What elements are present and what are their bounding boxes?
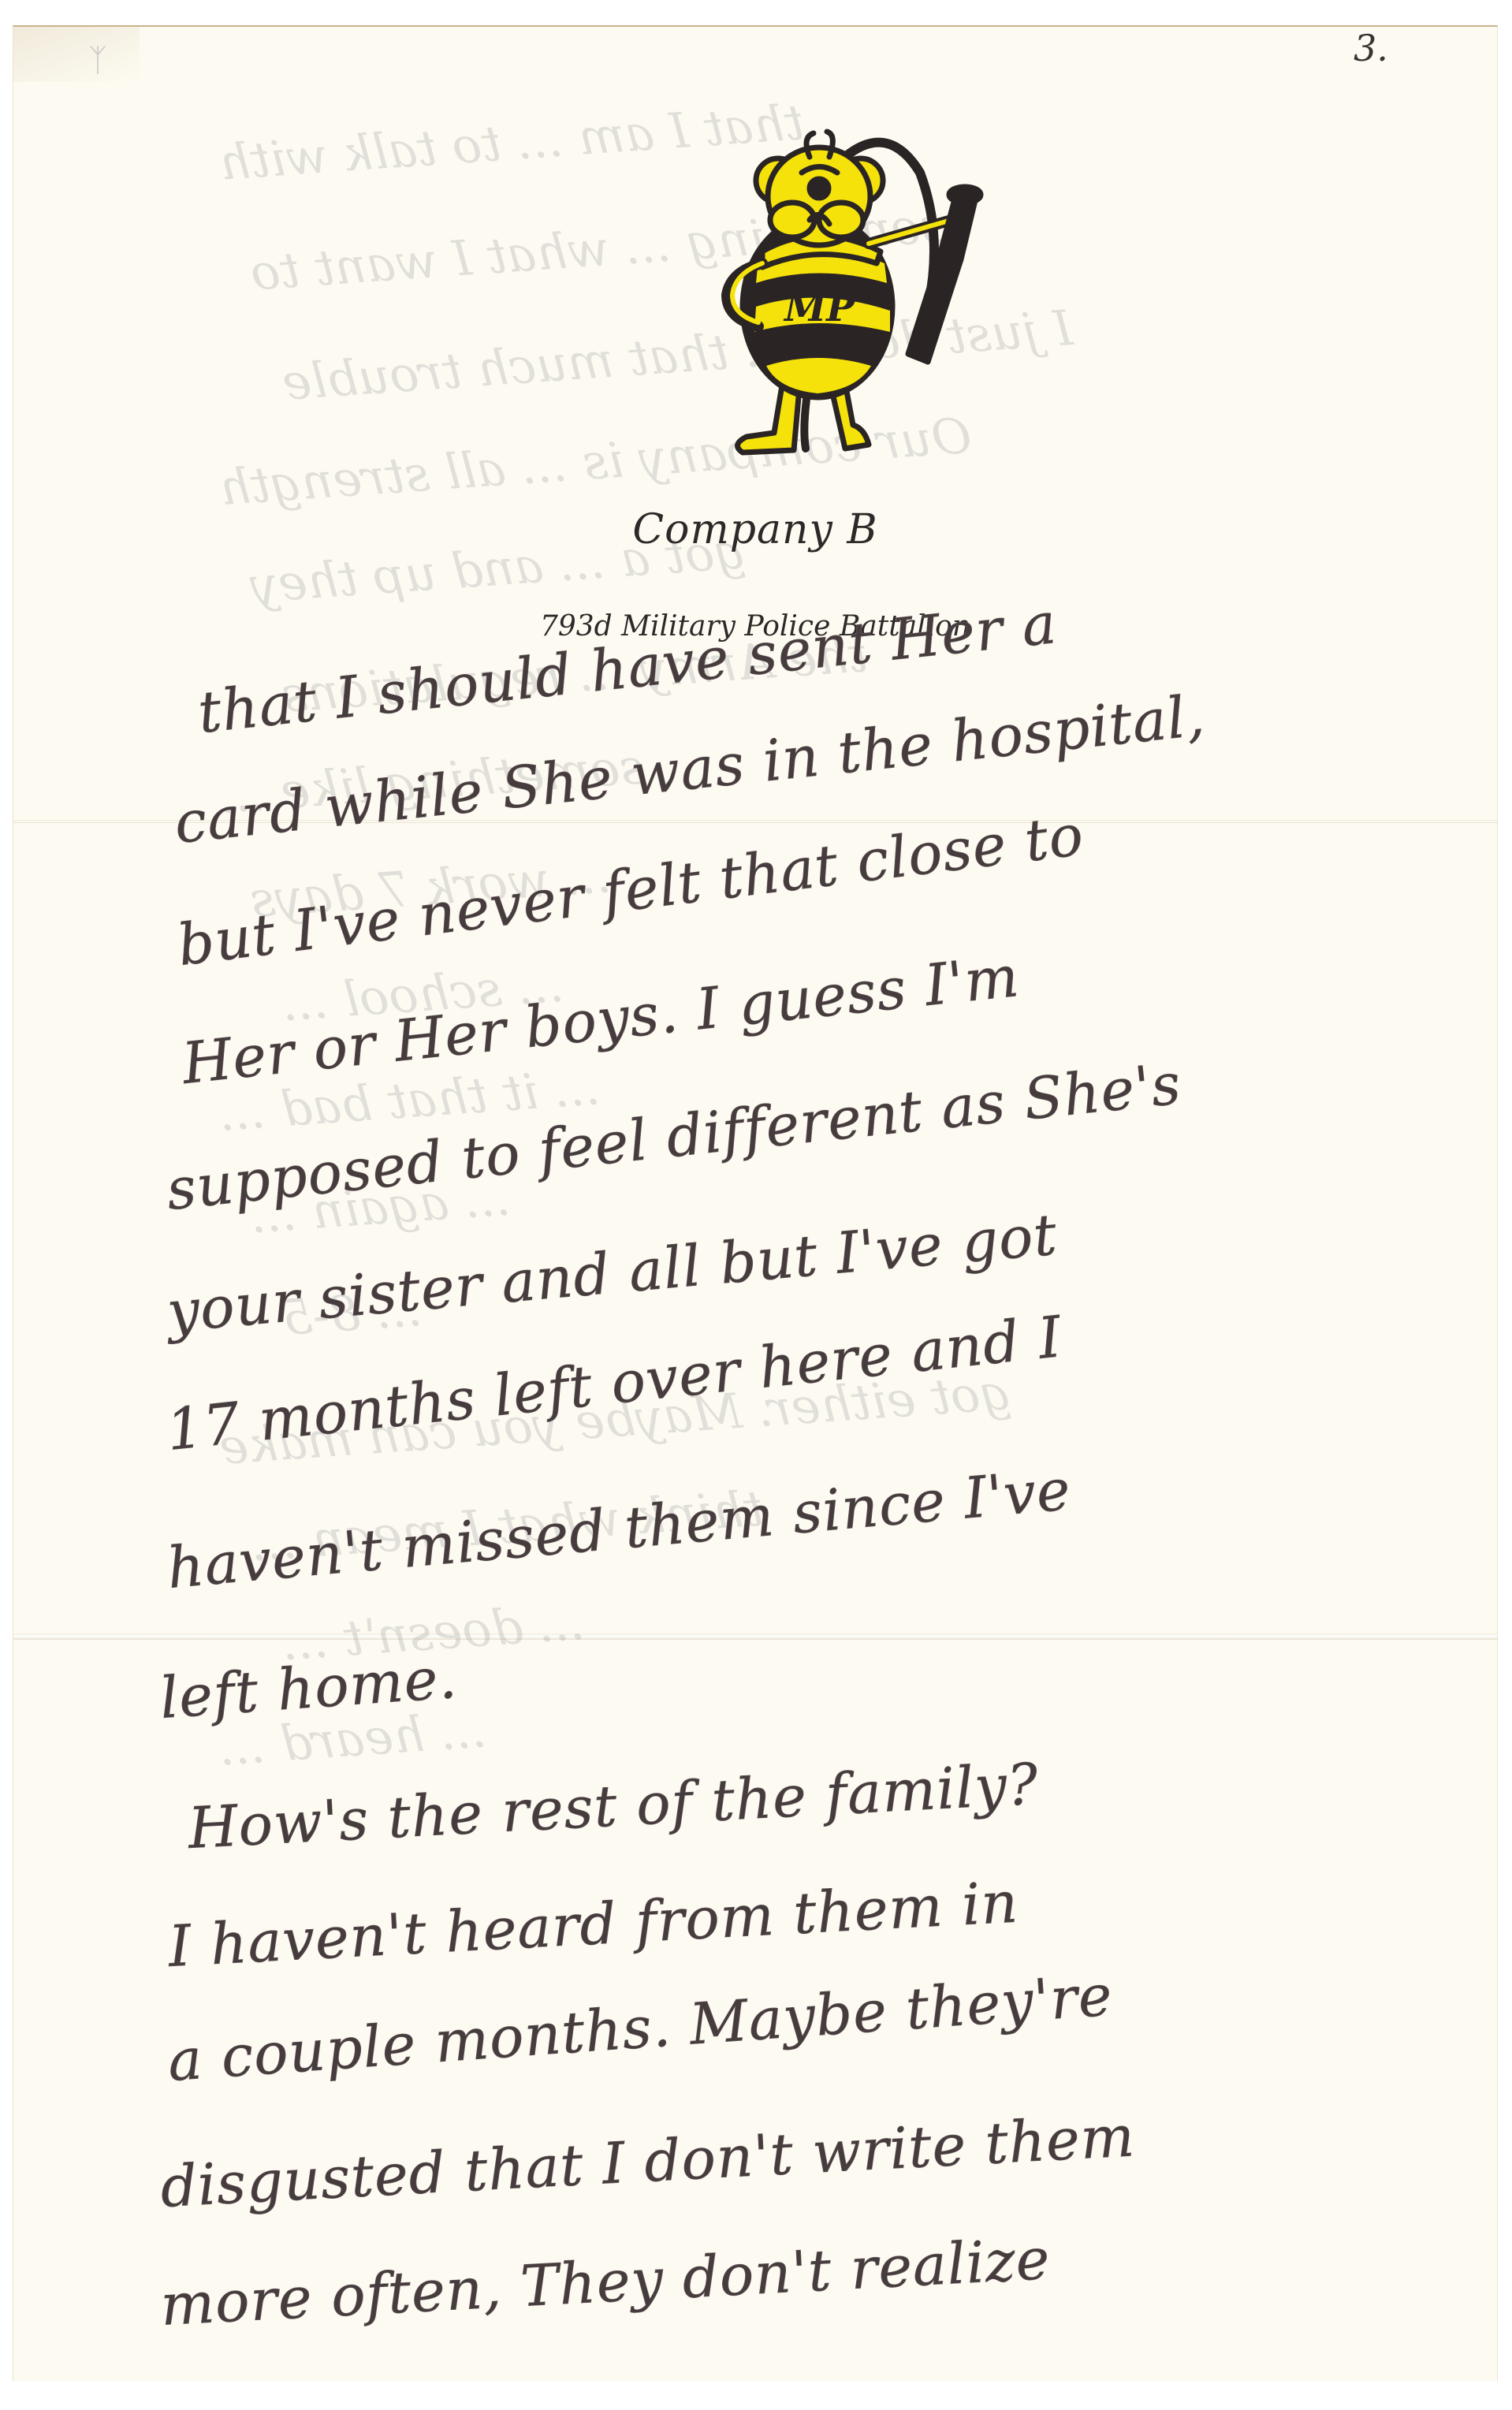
handwritten-line: Her or Her boys. I guess I'm (179, 943, 1022, 1097)
letter-page: ᛉ that I am ... to talk withsomething ..… (13, 25, 1498, 2381)
letterhead-company: Company B (13, 506, 1497, 553)
page-number: 3. (1354, 27, 1388, 69)
handwritten-line: I haven't heard from them in (167, 1869, 1020, 1980)
handwritten-line: How's the rest of the family? (187, 1751, 1041, 1861)
handwritten-line: haven't missed them since I've (165, 1456, 1074, 1601)
paper-corner-wear (13, 27, 140, 82)
corner-pencil-mark: ᛉ (88, 43, 107, 79)
mp-bee-mascot-icon: MP (683, 125, 1015, 456)
handwritten-line: a couple months. Maybe they're (166, 1961, 1115, 2094)
handwritten-line: more often, They don't realize (159, 2226, 1052, 2338)
handwritten-line: disgusted that I don't write them (159, 2103, 1137, 2220)
handwritten-line: left home. (158, 1645, 460, 1731)
svg-text:MP: MP (783, 286, 856, 330)
fold-line (13, 1633, 1497, 1640)
